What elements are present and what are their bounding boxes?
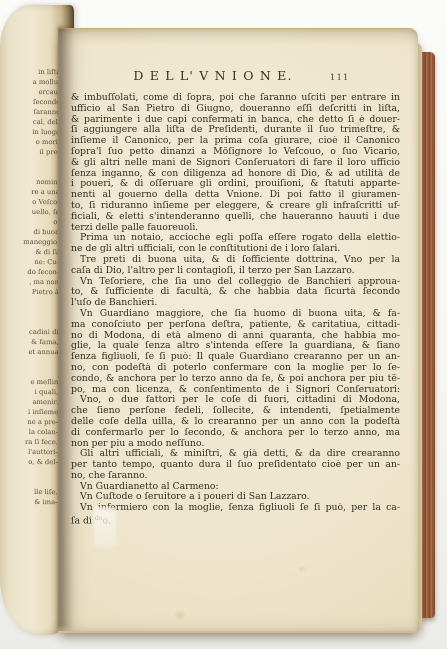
text-line: ne de gli altri ufficiali, con le conſti… <box>71 244 400 255</box>
prev-page-text-fragment: maneggio, <box>7 237 59 247</box>
text-line: inſieme il Canonico, per la prima coſa g… <box>71 136 400 147</box>
text-line: Vno, o due fattori per le coſe di fuori,… <box>71 395 400 406</box>
prev-page-text-fragment: & di ſu <box>7 247 59 257</box>
prev-page-text-fragment: & ima- <box>5 497 57 507</box>
prev-page-text-fragment: la colan- <box>6 427 58 437</box>
text-line: ſi aggiungere alla liſta de Preſidenti, … <box>71 125 400 136</box>
text-line: to, ſi riduranno inſieme per eleggere, &… <box>71 201 400 212</box>
running-title: D E L L' V N I O N E. <box>118 68 308 83</box>
prev-page-text-fragment: uello, ſe <box>7 207 59 217</box>
prev-page-text-fragment: o mori, <box>8 137 60 147</box>
prev-page-text-fragment: in luogo <box>8 127 60 137</box>
text-line: l'uſo de Banchieri. <box>71 298 400 309</box>
prev-page-text-fragment: , ma non <box>7 277 59 287</box>
prev-page-text-fragment: ſaranno <box>8 107 60 117</box>
text-line: condo, & anchora per lo terzo anno da ſe… <box>71 374 400 385</box>
prev-page-text-fragment: ercau- <box>8 87 60 97</box>
prev-page-text-fragment: o Veſco- <box>8 197 60 207</box>
prev-page-text-fragment: a mollu- <box>8 77 60 87</box>
text-line: Gli altri ufficiali, & miniſtri, & già d… <box>71 449 400 460</box>
text-line: nenti al gouerno della detta Vnione. Di … <box>71 190 400 201</box>
prev-page-text-fragment: et annua <box>7 347 59 357</box>
prev-page-text-fragment: il pre- <box>8 147 60 157</box>
text-line: & gli altri nelle mani de Signori Conſer… <box>71 158 400 169</box>
prev-page-text-fragment: o. <box>7 217 59 227</box>
prev-page-text-fragment: Pietro à <box>7 287 59 297</box>
text-line: ma conoſciuto per perſona deſtra, patien… <box>71 320 400 331</box>
text-line: ſa di doo. <box>71 514 400 525</box>
text-line: & parimente i due capi confermati in ban… <box>71 115 400 126</box>
text-line: i poueri, & di oſſeruare gli ordini, pro… <box>71 179 400 190</box>
text-line: po, ma con licenza, & conſentimento de i… <box>71 385 400 396</box>
text-line: Vn Guardiano maggiore, che ſia huomo di … <box>71 309 400 320</box>
text-line: & imbuſſolati, come di ſopra, poi che ſa… <box>71 93 400 104</box>
prev-page-text-fragment: i inſieme <box>6 407 58 417</box>
prev-page-text-fragment: amenir. <box>6 397 58 407</box>
prev-page-text-fragment: l'auttori- <box>6 447 58 457</box>
text-line: che ſieno perſone fedeli, ſollecite, & i… <box>71 406 400 417</box>
text-line: ſopra'l ſuo petto dinanzi a Mõſignore lo… <box>71 147 400 158</box>
prev-page-text-fragment: ne: Cu- <box>7 257 59 267</box>
text-line: ufficio al San Pietro di Giugno, doueran… <box>71 104 400 115</box>
prev-page-text-fragment: ra ſi fece, <box>6 437 58 447</box>
prev-page-text-fragment: lle liſe, <box>6 487 58 497</box>
fore-edge-stained-pages <box>420 52 435 618</box>
prev-page-text-fragment: o, & del- <box>6 457 58 467</box>
previous-page-text-fragments: in liſtaa mollu-ercau-ſecondoſarannocal,… <box>5 67 60 507</box>
text-line: Vn Guardianetto al Carmeno: <box>71 482 400 493</box>
text-line: ſenza figliuoli, ſe ſi può: Il quale Gua… <box>71 352 400 363</box>
prev-page-text-fragment: & fama, <box>7 337 59 347</box>
text-line: no, con podeſtà di poterlo confermare co… <box>71 363 400 374</box>
prev-page-text-fragment: ne a pre- <box>6 417 58 427</box>
prev-page-text-fragment: ſecondo <box>8 97 60 107</box>
text-line: terzi delle palle fauoreuoli. <box>71 223 400 234</box>
text-line: no, che ſaranno. <box>71 471 400 482</box>
text-line: di confermarlo per lo ſecondo, & anchora… <box>71 428 400 439</box>
text-line: Vn Teſoriere, che ſia uno del colleggio … <box>71 277 400 288</box>
text-line: Vn Cuſtode o ſeruitore a i poueri di San… <box>71 492 400 503</box>
text-block: & imbuſſolati, come di ſopra, poi che ſa… <box>71 93 400 525</box>
book-photograph: in liſtaa mollu-ercau-ſecondoſarannocal,… <box>0 0 447 649</box>
prev-page-text-fragment: cal, del- <box>8 117 60 127</box>
prev-page-text-fragment: i quali, <box>6 387 58 397</box>
text-line: non per piu a modo neſſuno. <box>71 439 400 450</box>
text-line: glie, la quale ſenza altro s'intenda eſſ… <box>71 341 400 352</box>
text-line: Vn infermiero con la moglie, ſenza figli… <box>71 503 400 514</box>
text-line: Prima un notaio, accioche egli poſſa eſſ… <box>71 233 400 244</box>
text-line: ficiali, & eletti s'intenderanno quelli,… <box>71 212 400 223</box>
text-line: ſenza inganno, & con diligenza ad honore… <box>71 169 400 180</box>
erasure-mark <box>94 507 116 547</box>
text-line: delle coſe della uilla, & lo crearanno p… <box>71 417 400 428</box>
prev-page-text-fragment: in liſta <box>8 67 60 77</box>
prev-page-text-fragment: nomini <box>8 177 60 187</box>
text-line: Tre preti di buona uita, & di ſofficient… <box>71 255 400 266</box>
prev-page-text-fragment: e meſlin <box>6 377 58 387</box>
prev-page-text-fragment: re a una <box>8 187 60 197</box>
text-line: per tanto tempo, quanto dura il ſuo preſ… <box>71 460 400 471</box>
text-line: to, & ſufficiente di facultà, & che habb… <box>71 287 400 298</box>
prev-page-text-fragment: do ſecon- <box>7 267 59 277</box>
page-number: 111 <box>330 73 350 82</box>
text-line: caſa di Dio, l'altro per li contagioſi, … <box>71 266 400 277</box>
book-page: D E L L' V N I O N E. 111 & imbuſſolati,… <box>58 28 418 633</box>
text-line: no di Modona, di età almeno di anni quar… <box>71 331 400 342</box>
prev-page-text-fragment: cadini di <box>7 327 59 337</box>
text-fragment: ſa di <box>71 516 95 525</box>
prev-page-text-fragment: di buon <box>7 227 59 237</box>
